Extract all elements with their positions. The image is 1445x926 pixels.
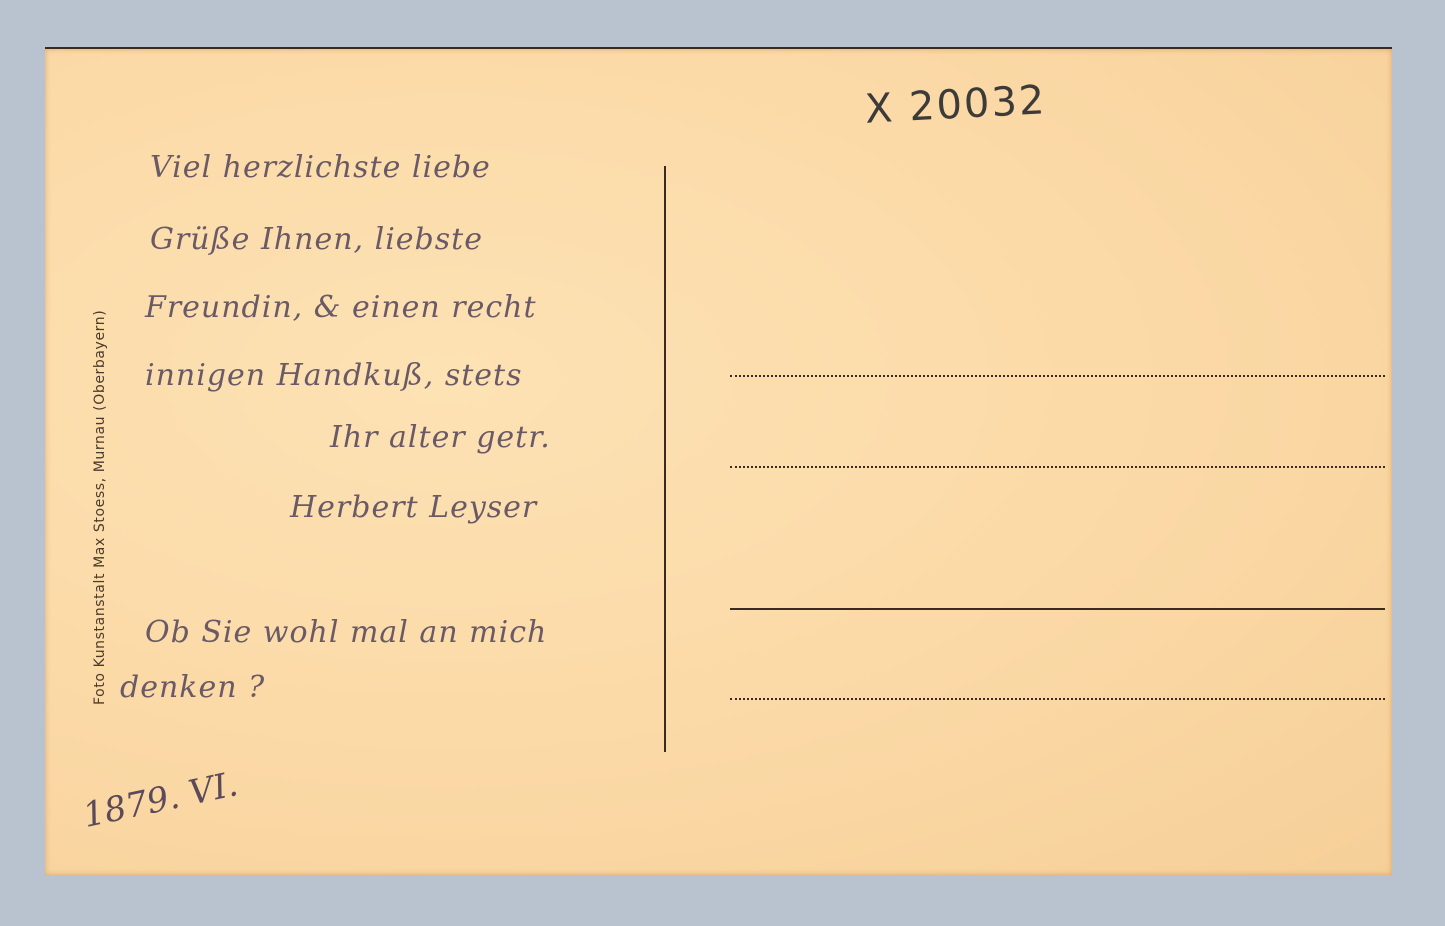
handwriting-line-2: Grüße Ihnen, liebste	[150, 222, 483, 257]
postscript-line-1: Ob Sie wohl mal an mich	[145, 615, 547, 650]
signature: Herbert Leyser	[290, 490, 537, 525]
handwriting-line-1: Viel herzlichste liebe	[150, 150, 491, 185]
center-divider	[664, 166, 666, 752]
address-line-1	[730, 375, 1385, 377]
address-line-2	[730, 466, 1385, 468]
handwriting-line-5: Ihr alter getr.	[330, 420, 551, 455]
catalog-number: X 20032	[864, 77, 1048, 132]
handwriting-line-3: Freundin, & einen recht	[145, 290, 537, 325]
postscript-line-2: denken ?	[120, 670, 265, 705]
address-line-3	[730, 608, 1385, 610]
address-line-4	[730, 698, 1385, 700]
publisher-imprint: Foto Kunstanstalt Max Stoess, Murnau (Ob…	[92, 310, 108, 705]
handwriting-line-4: innigen Handkuß, stets	[145, 358, 523, 393]
